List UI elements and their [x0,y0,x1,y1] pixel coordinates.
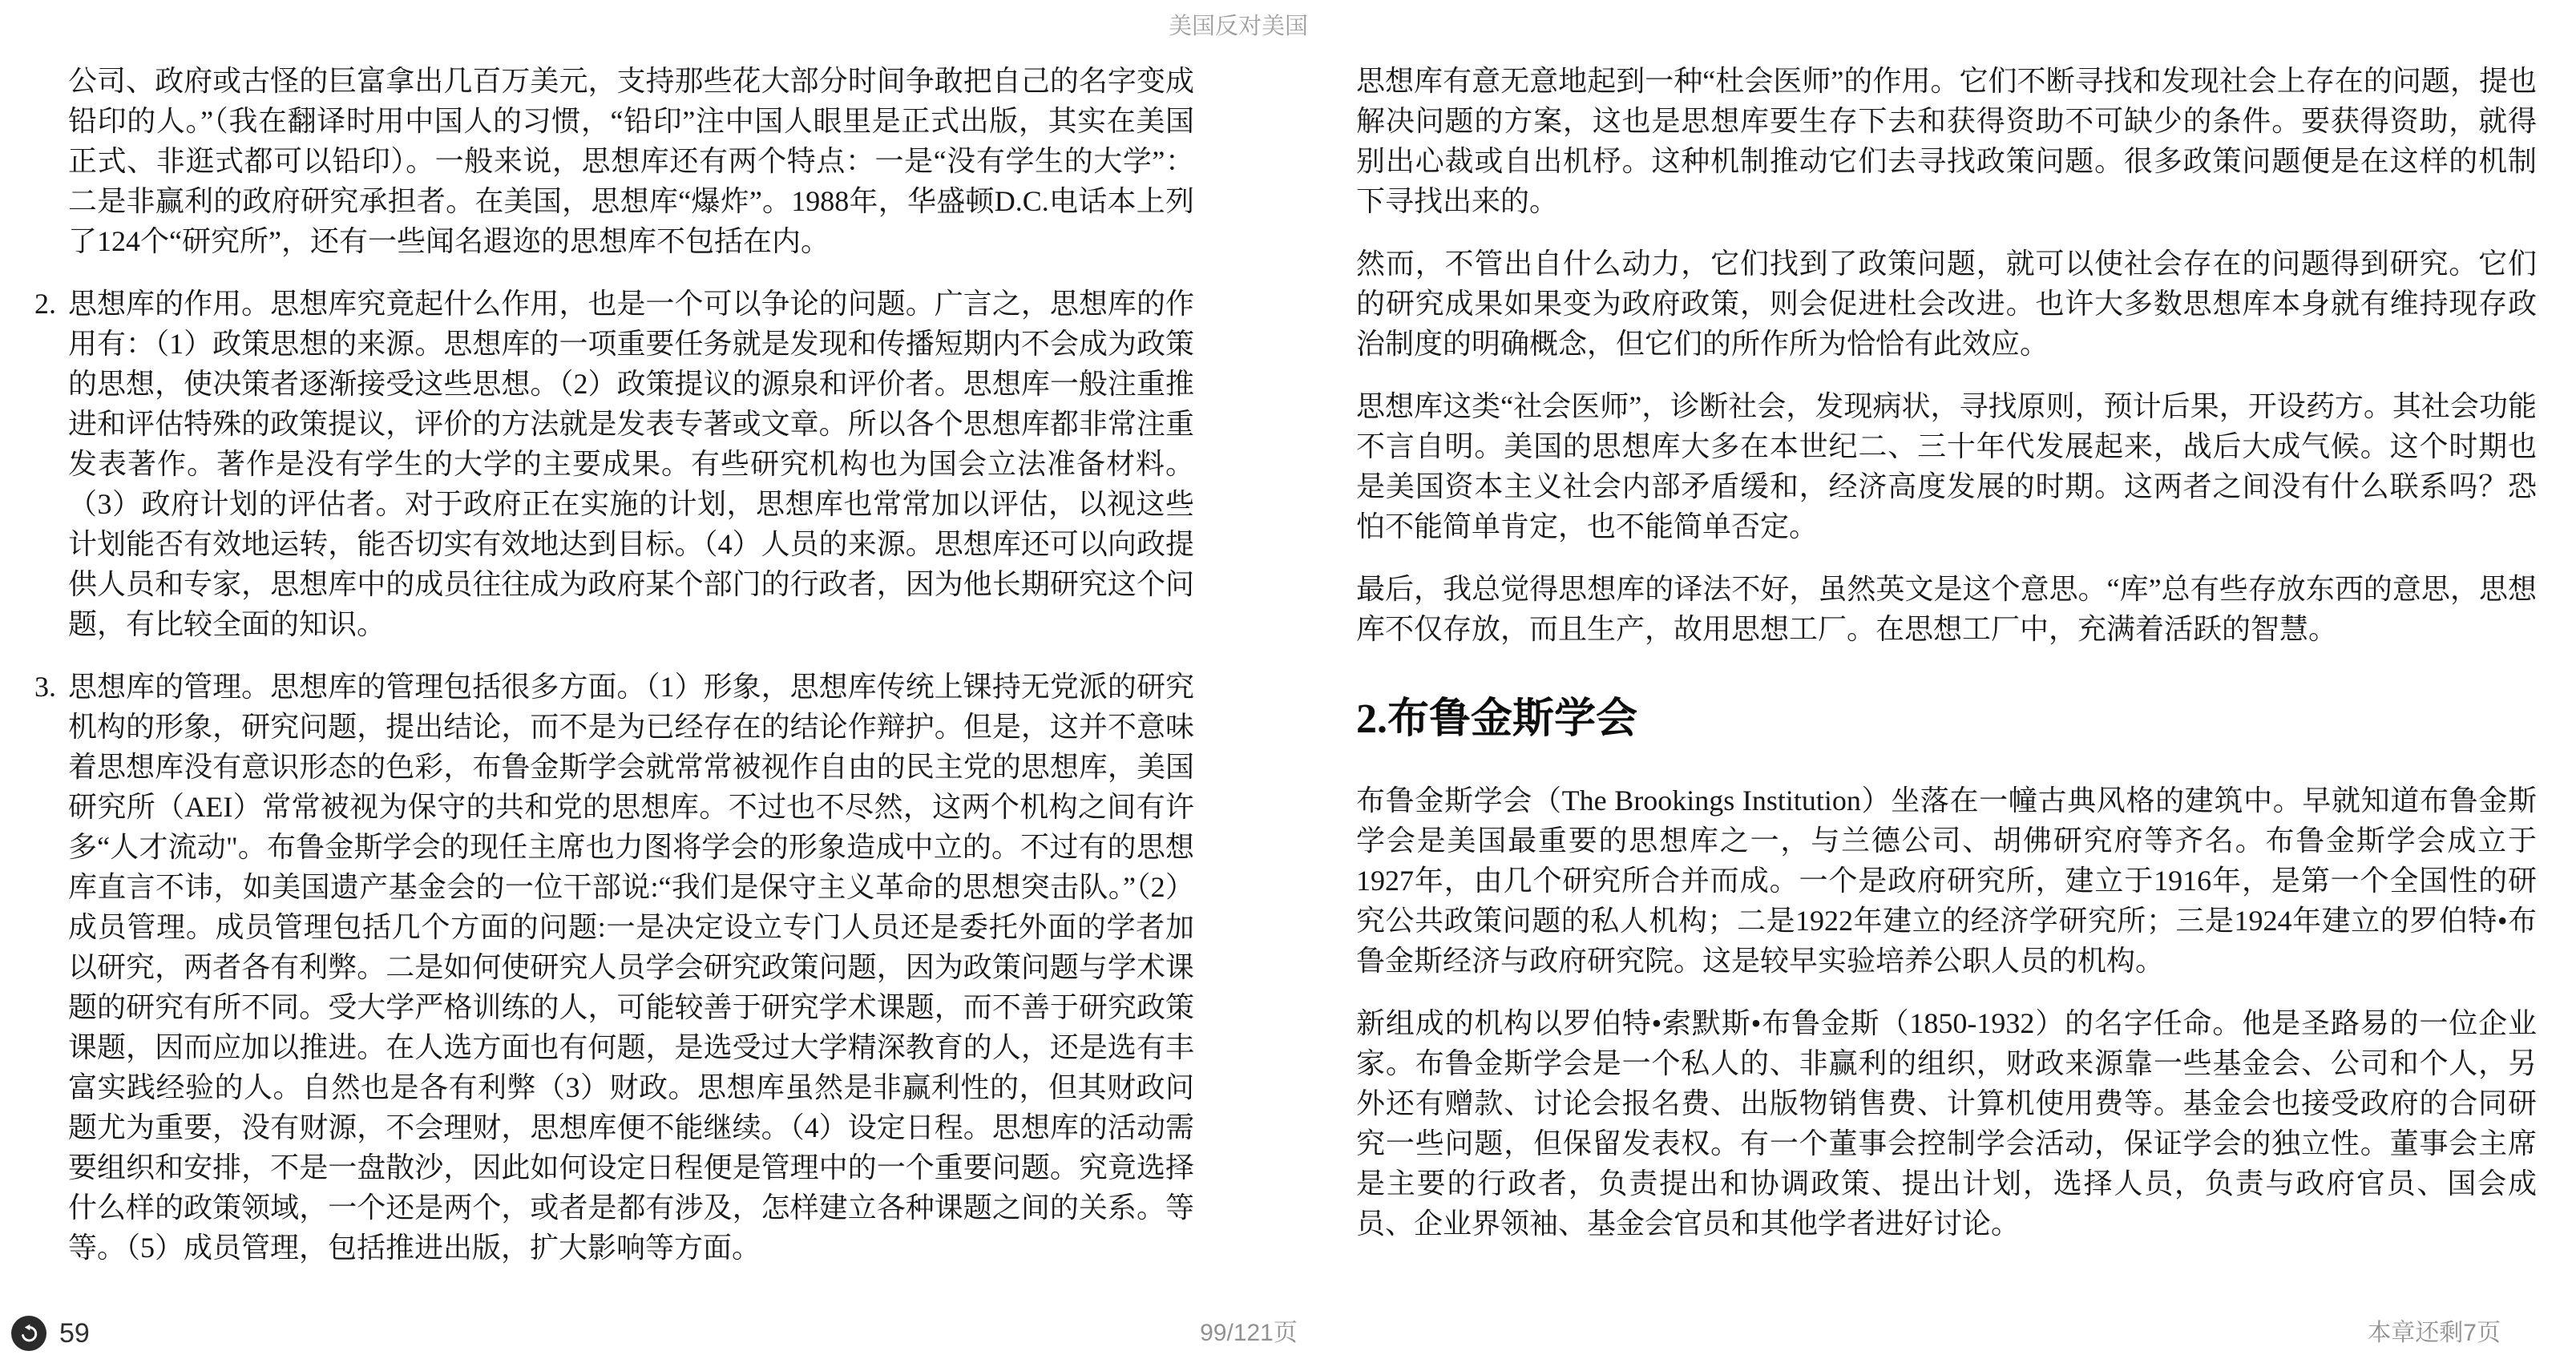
paragraph: 布鲁金斯学会（The Brookings Institution）坐落在一幢古典… [1356,780,2537,981]
item-number: 3. [34,667,56,707]
paragraph: 然而，不管出自什么动力，它们找到了政策问题，就可以使社会存在的问题得到研究。它们… [1356,244,2537,364]
item-text: 思想库的作用。思想库究竟起什么作用，也是一个可以争论的问题。广言之，思想库的作用… [68,288,1194,640]
right-text-column: 思想库有意无意地起到一种“杜会医师”的作用。它们不断寻找和发现社会上存在的问题，… [1356,61,2537,1290]
paragraph: 思想库有意无意地起到一种“杜会医师”的作用。它们不断寻找和发现社会上存在的问题，… [1356,61,2537,221]
page-content: 公司、政府或古怪的巨富拿出几百万美元，支持那些花大部分时间争敢把自己的名字变成铅… [68,61,2537,1290]
ebook-reader-page: 美国反对美国 公司、政府或古怪的巨富拿出几百万美元，支持那些花大部分时间争敢把自… [0,0,2576,1367]
numbered-item-3: 3. 思想库的管理。思想库的管理包括很多方面。（1）形象，思想库传统上锞持无党派… [68,667,1194,1268]
page-indicator: 99/121页 [0,1313,2497,1348]
chapter-remaining-label: 本章还剩7页 [2367,1313,2501,1348]
left-text-column: 公司、政府或古怪的巨富拿出几百万美元，支持那些花大部分时间争敢把自己的名字变成铅… [68,61,1194,1290]
item-text: 思想库的管理。思想库的管理包括很多方面。（1）形象，思想库传统上锞持无党派的研究… [68,671,1194,1264]
numbered-item-2: 2. 思想库的作用。思想库究竟起什么作用，也是一个可以争论的问题。广言之，思想库… [68,284,1194,644]
item-number: 2. [34,284,56,324]
book-title: 美国反对美国 [0,13,2477,40]
paragraph: 新组成的机构以罗伯特•索默斯•布鲁金斯（1850-1932）的名字任命。他是圣路… [1356,1003,2537,1244]
section-heading: 2.布鲁金斯学会 [1356,694,2537,745]
paragraph-continuation: 公司、政府或古怪的巨富拿出几百万美元，支持那些花大部分时间争敢把自己的名字变成铅… [68,61,1194,261]
paragraph: 最后，我总觉得思想库的译法不好，虽然英文是这个意思。“库”总有些存放东西的意思，… [1356,569,2537,649]
paragraph: 思想库这类“社会医师”，诊断社会，发现病状，寻找原则，预计后果，开设药方。其社会… [1356,386,2537,546]
